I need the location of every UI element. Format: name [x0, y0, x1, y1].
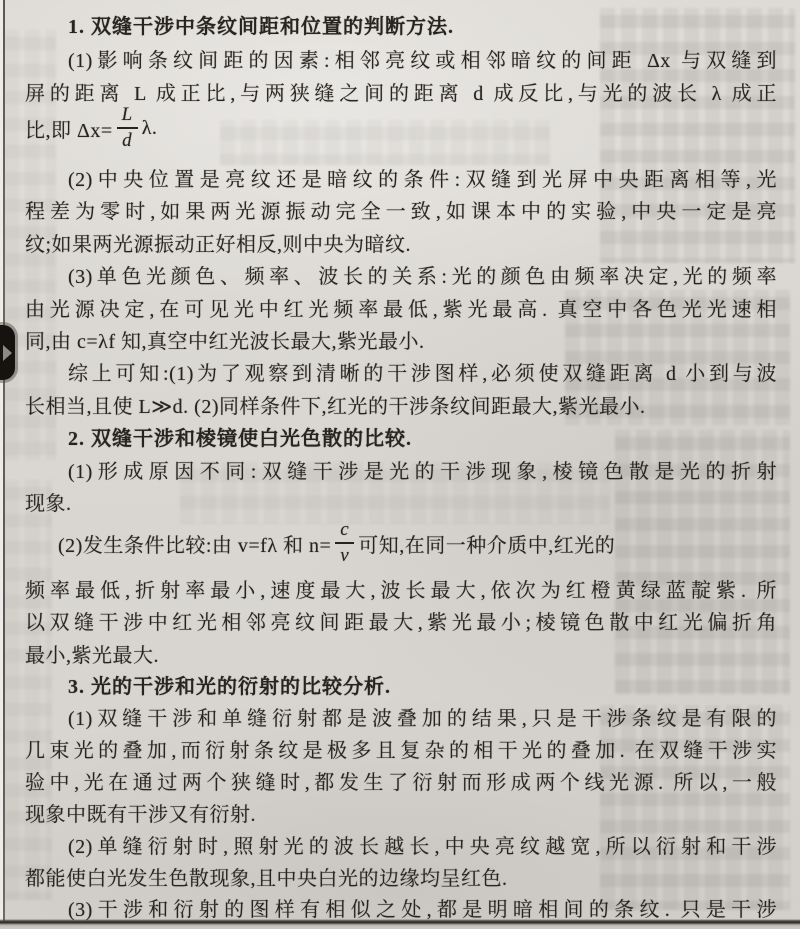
- paragraph-line: 几束光的叠加,而衍射条纹是极多且复杂的相干光的叠加. 在双缝干涉实: [25, 734, 777, 768]
- fraction: Ld: [117, 105, 138, 151]
- fraction: cv: [335, 520, 354, 566]
- paragraph-line: 最小,紫光最大.: [25, 639, 777, 673]
- paragraph-line: 长相当,且使 L≫d. (2)同样条件下,红光的干涉条纹间距最大,紫光最小.: [25, 390, 777, 424]
- fraction-denominator: v: [340, 544, 349, 566]
- paragraph-line: 现象中既有干涉又有衍射.: [25, 798, 777, 832]
- section-2-heading: 2. 双缝干涉和棱镜使白光色散的比较.: [68, 422, 777, 456]
- formula-suffix: 可知,在同一种介质中,红光的: [358, 529, 615, 558]
- page-left-edge-line: [3, 0, 5, 929]
- paragraph-line: 都能使白光发生色散现象,且中央白光的边缘均呈红色.: [25, 862, 777, 896]
- formula-refractive-index: (2)发生条件比较:由 v=fλ 和 n=cv可知,在同一种介质中,红光的: [58, 518, 615, 568]
- formula-prefix: 比,即 Δx=: [25, 114, 113, 143]
- paragraph-line: (2)中央位置是亮纹还是暗纹的条件:双缝到光屏中央距离相等,光: [68, 163, 777, 197]
- formula-prefix: (2)发生条件比较:由 v=fλ 和 n=: [58, 529, 331, 558]
- paragraph-line: 由光源决定,在可见光中红光频率最低,紫光最高. 真空中各色光光速相: [25, 293, 777, 327]
- paragraph-line: 现象.: [25, 487, 777, 521]
- fraction-denominator: d: [122, 129, 132, 151]
- paragraph-line: 综上可知:(1)为了观察到清晰的干涉图样,必须使双缝距离 d 小到与波: [68, 357, 777, 391]
- bookmark-tab: [0, 325, 15, 380]
- paragraph-line: (1)形成原因不同:双缝干涉是光的干涉现象,棱镜色散是光的折射: [68, 455, 777, 489]
- fraction-numerator: L: [117, 105, 138, 129]
- paragraph-line: 纹;如果两光源振动正好相反,则中央为暗纹.: [25, 228, 777, 262]
- paragraph-line: (1)双缝干涉和单缝衍射都是波叠加的结果,只是干涉条纹是有限的: [68, 702, 777, 736]
- formula-suffix: λ.: [142, 117, 158, 140]
- paragraph-line: (1)影响条纹间距的因素:相邻亮纹或相邻暗纹的间距 Δx 与双缝到: [68, 44, 777, 78]
- paragraph-line: (3)干涉和衍射的图样有相似之处,都是明暗相间的条纹. 只是干涉: [68, 893, 777, 927]
- section-1-heading: 1. 双缝干涉中条纹间距和位置的判断方法.: [68, 10, 777, 44]
- paragraph-line: 程差为零时,如果两光源振动完全一致,如课本中的实验,中央一定是亮: [25, 195, 777, 229]
- scanned-textbook-page: 1. 双缝干涉中条纹间距和位置的判断方法. (1)影响条纹间距的因素:相邻亮纹或…: [0, 0, 800, 929]
- bleedthrough-texture: [4, 480, 52, 900]
- bleedthrough-texture: [220, 120, 550, 165]
- play-triangle-icon: [3, 345, 12, 361]
- paragraph-line: (3)单色光颜色、频率、波长的关系:光的颜色由频率决定,光的频率: [68, 260, 777, 294]
- paragraph-line: (2)单缝衍射时,照射光的波长越长,中央亮纹越宽,所以衍射和干涉: [68, 830, 777, 864]
- paragraph-line: 以双缝干涉中红光相邻亮纹间距最大,紫光最小;棱镜色散中红光偏折角: [25, 606, 777, 640]
- fraction-numerator: c: [335, 520, 354, 544]
- formula-delta-x: 比,即 Δx=Ldλ.: [25, 103, 157, 153]
- paragraph-line: 验中,光在通过两个狭缝时,都发生了衍射而形成两个线光源. 所以,一般: [25, 766, 777, 800]
- paragraph-line: 同,由 c=λf 知,真空中红光波长最大,紫光最小.: [25, 325, 777, 359]
- paragraph-line: 频率最低,折射率最小,速度最大,波长最大,依次为红橙黄绿蓝靛紫. 所: [25, 574, 777, 608]
- section-3-heading: 3. 光的干涉和光的衍射的比较分析.: [68, 670, 777, 704]
